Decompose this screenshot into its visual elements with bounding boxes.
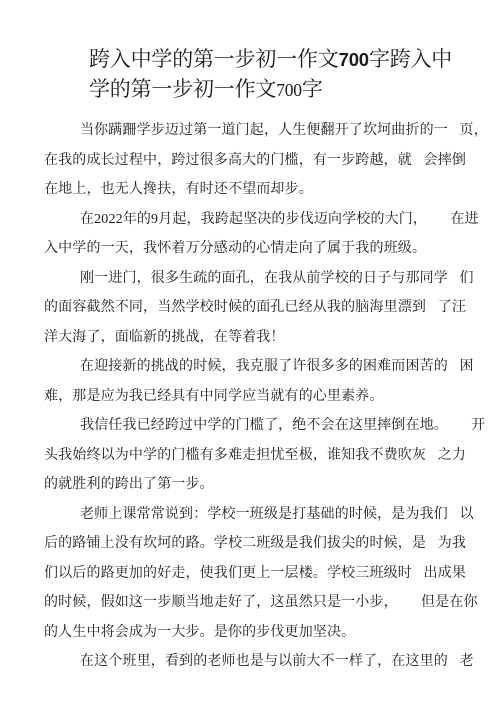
essay-paragraph-6: 老师上课常常说到：学校一班级是打基础的时候，是为我们 以 后的路铺上没有坎坷的路… xyxy=(44,500,458,648)
essay-title: 跨入中学的第一步初一作文700字跨入中 学的第一步初一作文700字 xyxy=(89,44,461,104)
title-text: 字 xyxy=(302,77,323,101)
title-word-count: 700 xyxy=(276,80,302,100)
text-line: 洋大海了，面临新的挑战，在等着我！ xyxy=(44,323,458,353)
essay-paragraph-2: 在2022年的9月起，我跨起坚决的步伐迈向学校的大门， 在进 入中学的一天，我怀… xyxy=(44,205,458,264)
text-line: 在迎接新的挑战的时候，我克服了许很多多的困难而困苦的 困 xyxy=(44,352,458,382)
text-line: 头我始终以为中学的门槛有多难走担忧至极，谁知我不费吹灰 之力 xyxy=(44,441,458,471)
text-line: 的就胜利的跨出了第一步。 xyxy=(44,470,458,500)
text-line: 入中学的一天，我怀着万分感动的心情走向了属于我的班级。 xyxy=(44,234,458,264)
document-page: 跨入中学的第一步初一作文700字跨入中 学的第一步初一作文700字 当你蹒跚学步… xyxy=(0,0,500,718)
title-text: 跨入中学的第一步初一作文 xyxy=(89,47,339,71)
essay-paragraph-3: 刚一进门，很多生疏的面孔，在我从前学校的日子与那同学 们 的面容截然不同，当然学… xyxy=(44,264,458,353)
essay-paragraph-4: 在迎接新的挑战的时候，我克服了许很多多的困难而困苦的 困 难，那是应为我已经具有… xyxy=(44,352,458,411)
text-line: 的人生中将会成为一大步。是你的步伐更加坚决。 xyxy=(44,618,458,648)
essay-paragraph-7: 在这个班里，看到的老师也是与以前大不一样了，在这里的 老 xyxy=(44,647,458,677)
title-word-count-bold: 700 xyxy=(339,49,369,70)
text-line: 难，那是应为我已经具有中同学应当就有的心里素养。 xyxy=(44,382,458,412)
text-line: 老师上课常常说到：学校一班级是打基础的时候，是为我们 以 xyxy=(44,500,458,530)
title-text: 字跨入中 xyxy=(369,47,452,71)
essay-paragraph-1: 当你蹒跚学步迈过第一道门起，人生便翻开了坎坷曲折的一 页， 在我的成长过程中，跨… xyxy=(44,116,458,205)
text-line: 刚一进门，很多生疏的面孔，在我从前学校的日子与那同学 们 xyxy=(44,264,458,294)
text-line: 在地上，也无人搀扶，有时还不望而却步。 xyxy=(44,175,458,205)
essay-paragraph-5: 我信任我已经跨过中学的门槛了，绝不会在这里摔倒在地。 开 头我始终以为中学的门槛… xyxy=(44,411,458,500)
text-line: 的面容截然不同，当然学校时候的面孔已经从我的脑海里漂到 了汪 xyxy=(44,293,458,323)
text-line: 的时候，假如这一步顺当地走好了，这虽然只是一小步， 但是在你 xyxy=(44,588,458,618)
text-line: 我信任我已经跨过中学的门槛了，绝不会在这里摔倒在地。 开 xyxy=(44,411,458,441)
text-line: 在这个班里，看到的老师也是与以前大不一样了，在这里的 老 xyxy=(44,647,458,677)
text-line: 在我的成长过程中，跨过很多高大的门槛，有一步跨越，就 会摔倒 xyxy=(44,146,458,176)
text-line: 们以后的路更加的好走，使我们更上一层楼。学校三班级时 出成果 xyxy=(44,559,458,589)
title-text: 学的第一步初一作文 xyxy=(89,77,276,101)
essay-title-line-1: 跨入中学的第一步初一作文700字跨入中 xyxy=(89,44,461,74)
essay-body: 当你蹒跚学步迈过第一道门起，人生便翻开了坎坷曲折的一 页， 在我的成长过程中，跨… xyxy=(44,116,458,677)
text-line: 当你蹒跚学步迈过第一道门起，人生便翻开了坎坷曲折的一 页， xyxy=(44,116,458,146)
text-line: 在2022年的9月起，我跨起坚决的步伐迈向学校的大门， 在进 xyxy=(44,205,458,235)
essay-title-line-2: 学的第一步初一作文700字 xyxy=(89,74,461,104)
text-line: 后的路铺上没有坎坷的路。学校二班级是我们拔尖的时候，是 为我 xyxy=(44,529,458,559)
